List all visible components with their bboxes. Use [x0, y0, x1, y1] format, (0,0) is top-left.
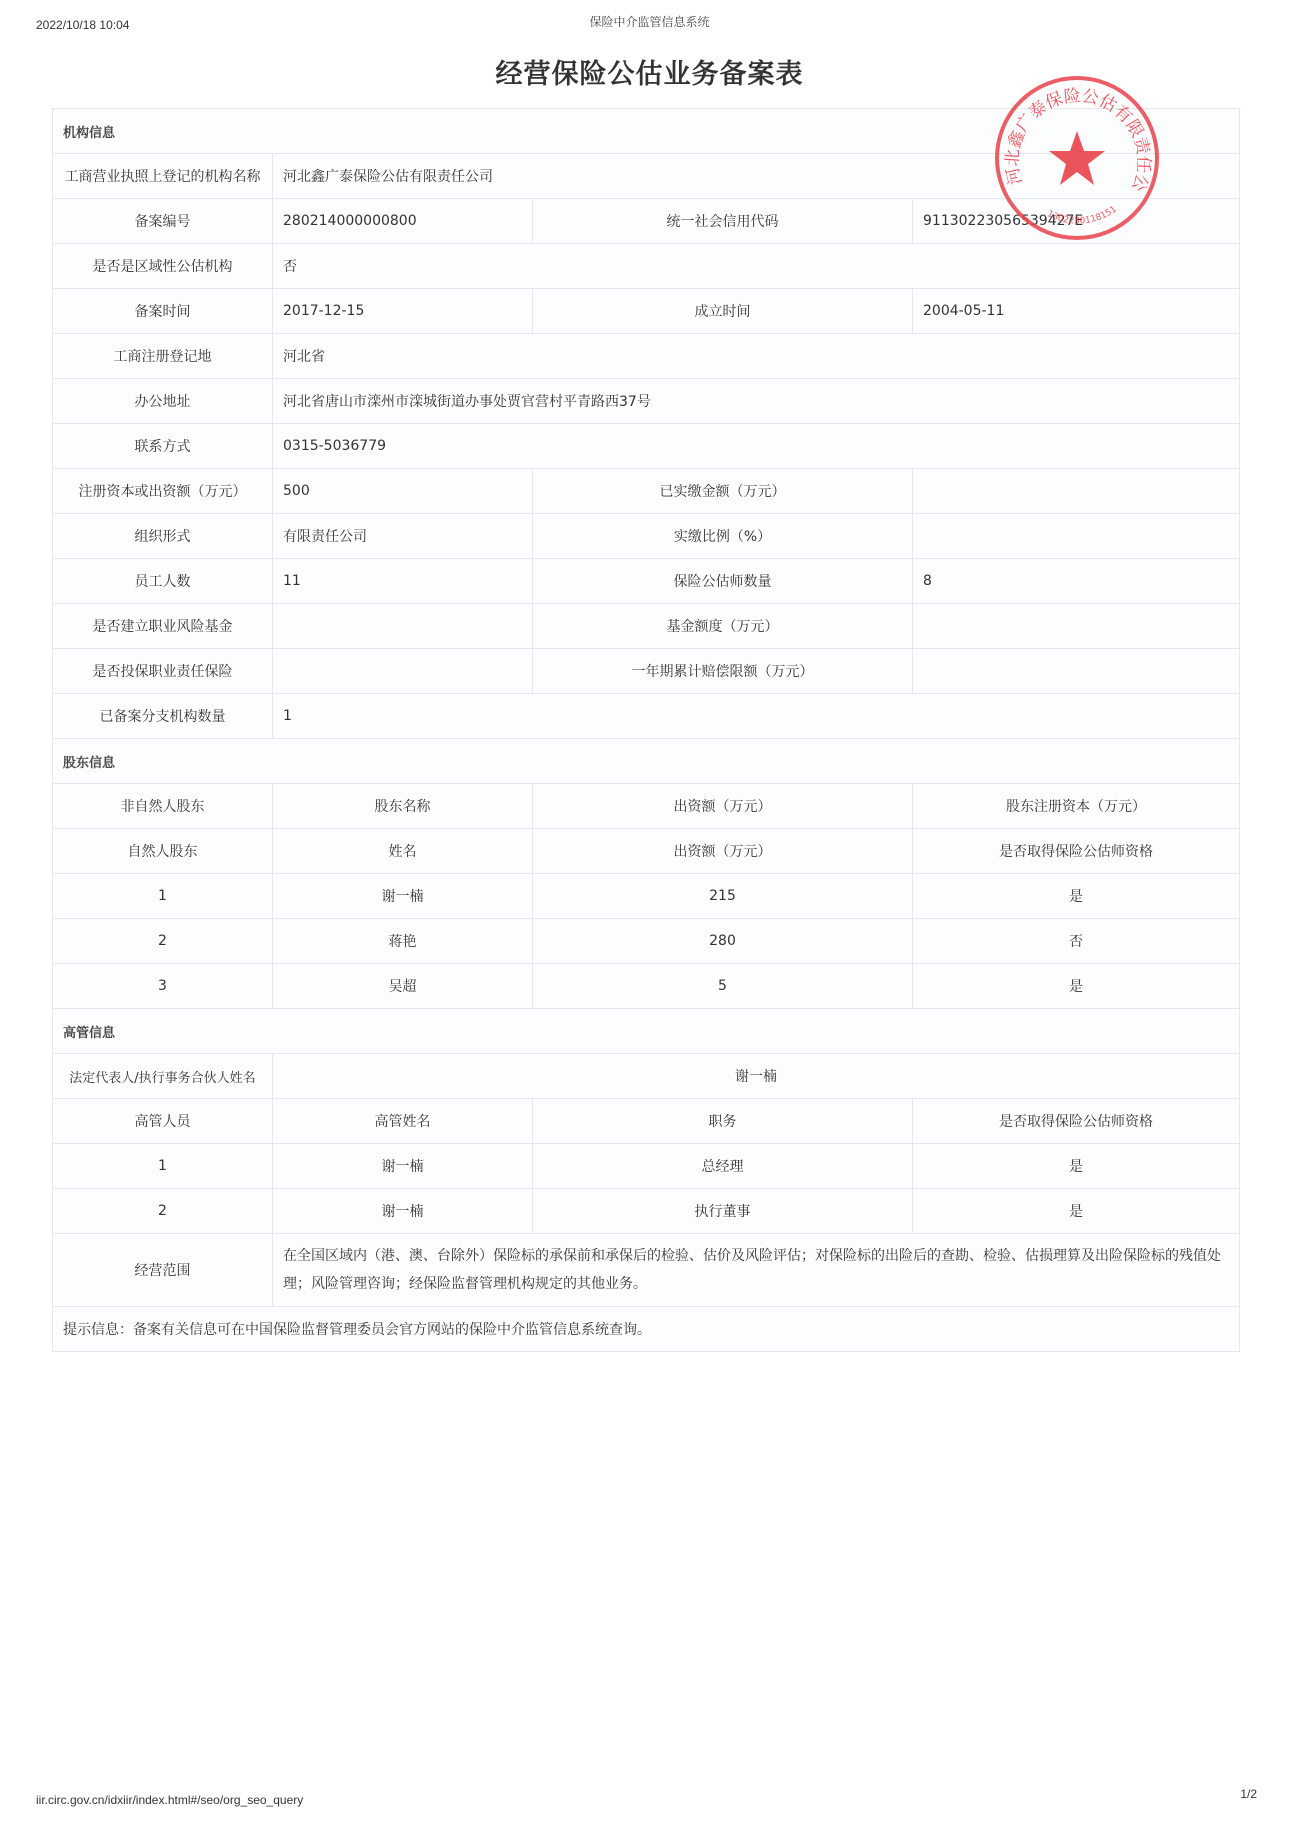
column-header: 高管姓名: [272, 1099, 532, 1143]
column-header: 职务: [532, 1099, 912, 1143]
contact-phone: 0315-5036779: [272, 424, 1239, 468]
shareholder-name: 谢一楠: [272, 874, 532, 918]
record-table: 机构信息 工商营业执照上登记的机构名称 河北鑫广泰保险公估有限责任公司 备案编号…: [52, 108, 1240, 1352]
table-row: 已备案分支机构数量 1: [53, 693, 1239, 738]
org-form: 有限责任公司: [272, 514, 532, 558]
table-row: 是否建立职业风险基金 基金额度（万元）: [53, 603, 1239, 648]
table-row: 办公地址 河北省唐山市滦州市滦城街道办事处贾官营村平青路西37号: [53, 378, 1239, 423]
column-header: 股东名称: [272, 784, 532, 828]
founded-date: 2004-05-11: [912, 289, 1239, 333]
row-index: 3: [53, 964, 272, 1008]
paid-ratio: [912, 514, 1239, 558]
table-row: 2 蒋艳 280 否: [53, 918, 1239, 963]
table-row: 注册资本或出资额（万元） 500 已实缴金额（万元）: [53, 468, 1239, 513]
section-executives: 高管信息: [53, 1008, 1239, 1053]
business-scope: 在全国区域内（港、澳、台除外）保险标的承保前和承保后的检验、估价及风险评估；对保…: [272, 1234, 1239, 1306]
table-row: 工商注册登记地 河北省: [53, 333, 1239, 378]
table-row: 2 谢一楠 执行董事 是: [53, 1188, 1239, 1233]
field-label: 备案时间: [53, 289, 272, 333]
field-label: 办公地址: [53, 379, 272, 423]
row-index: 2: [53, 919, 272, 963]
field-label: 是否投保职业责任保险: [53, 649, 272, 693]
table-row: 1 谢一楠 总经理 是: [53, 1143, 1239, 1188]
risk-fund: [272, 604, 532, 648]
record-date: 2017-12-15: [272, 289, 532, 333]
column-header: 姓名: [272, 829, 532, 873]
svg-text:河北鑫广泰保险公估有限责任公司: 河北鑫广泰保险公估有限责任公司: [992, 73, 1153, 194]
legal-representative: 谢一楠: [272, 1054, 1239, 1098]
company-seal-icon: 河北鑫广泰保险公估有限责任公司 1302230118151: [992, 73, 1162, 243]
contribution: 5: [532, 964, 912, 1008]
table-row: 1 谢一楠 215 是: [53, 873, 1239, 918]
field-label: 联系方式: [53, 424, 272, 468]
section-title: 机构信息: [53, 109, 115, 153]
field-label: 备案编号: [53, 199, 272, 243]
shareholder-name: 吴超: [272, 964, 532, 1008]
qualified: 是: [912, 1189, 1239, 1233]
reg-place: 河北省: [272, 334, 1239, 378]
table-row: 联系方式 0315-5036779: [53, 423, 1239, 468]
svg-text:1302230118151: 1302230118151: [1045, 205, 1118, 227]
field-label: 是否是区域性公估机构: [53, 244, 272, 288]
table-row: 法定代表人/执行事务合伙人姓名 谢一楠: [53, 1053, 1239, 1098]
table-row: 是否投保职业责任保险 一年期累计赔偿限额（万元）: [53, 648, 1239, 693]
executive-position: 执行董事: [532, 1189, 912, 1233]
contribution: 215: [532, 874, 912, 918]
qualified: 是: [912, 1144, 1239, 1188]
table-row: 备案时间 2017-12-15 成立时间 2004-05-11: [53, 288, 1239, 333]
executive-name: 谢一楠: [272, 1144, 532, 1188]
section-shareholders: 股东信息: [53, 738, 1239, 783]
field-label: 法定代表人/执行事务合伙人姓名: [53, 1054, 272, 1098]
executive-position: 总经理: [532, 1144, 912, 1188]
column-header: 出资额（万元）: [532, 784, 912, 828]
field-label: 经营范围: [53, 1234, 272, 1306]
executive-name: 谢一楠: [272, 1189, 532, 1233]
table-row: 3 吴超 5 是: [53, 963, 1239, 1008]
branch-count: 1: [272, 694, 1239, 738]
hint-row: 提示信息：备案有关信息可在中国保险监督管理委员会官方网站的保险中介监管信息系统查…: [53, 1306, 1239, 1351]
table-header-row: 非自然人股东 股东名称 出资额（万元） 股东注册资本（万元）: [53, 783, 1239, 828]
column-header: 是否取得保险公估师资格: [912, 1099, 1239, 1143]
column-header: 自然人股东: [53, 829, 272, 873]
hint-text: 提示信息：备案有关信息可在中国保险监督管理委员会官方网站的保险中介监管信息系统查…: [53, 1307, 651, 1351]
footer-url: iir.circ.gov.cn/idxiir/index.html#/seo/o…: [36, 1793, 303, 1807]
field-label: 组织形式: [53, 514, 272, 558]
section-title: 高管信息: [53, 1009, 115, 1053]
column-header: 出资额（万元）: [532, 829, 912, 873]
qualified: 是: [912, 964, 1239, 1008]
record-number: 280214000000800: [272, 199, 532, 243]
seal-text: 河北鑫广泰保险公估有限责任公司: [992, 73, 1153, 194]
annual-limit: [912, 649, 1239, 693]
assessor-count: 8: [912, 559, 1239, 603]
table-header-row: 高管人员 高管姓名 职务 是否取得保险公估师资格: [53, 1098, 1239, 1143]
field-label: 一年期累计赔偿限额（万元）: [532, 649, 912, 693]
field-label: 已实缴金额（万元）: [532, 469, 912, 513]
field-label: 成立时间: [532, 289, 912, 333]
field-label: 工商营业执照上登记的机构名称: [53, 154, 272, 198]
paid-amount: [912, 469, 1239, 513]
seal-code: 1302230118151: [1045, 205, 1118, 227]
table-header-row: 自然人股东 姓名 出资额（万元） 是否取得保险公估师资格: [53, 828, 1239, 873]
liability-insurance: [272, 649, 532, 693]
row-index: 1: [53, 874, 272, 918]
table-row: 是否是区域性公估机构 否: [53, 243, 1239, 288]
section-title: 股东信息: [53, 739, 115, 783]
qualified: 是: [912, 874, 1239, 918]
row-index: 1: [53, 1144, 272, 1188]
qualified: 否: [912, 919, 1239, 963]
column-header: 股东注册资本（万元）: [912, 784, 1239, 828]
field-label: 是否建立职业风险基金: [53, 604, 272, 648]
field-label: 工商注册登记地: [53, 334, 272, 378]
row-index: 2: [53, 1189, 272, 1233]
shareholder-name: 蒋艳: [272, 919, 532, 963]
column-header: 高管人员: [53, 1099, 272, 1143]
table-row: 经营范围 在全国区域内（港、澳、台除外）保险标的承保前和承保后的检验、估价及风险…: [53, 1233, 1239, 1306]
office-address: 河北省唐山市滦州市滦城街道办事处贾官营村平青路西37号: [272, 379, 1239, 423]
field-label: 注册资本或出资额（万元）: [53, 469, 272, 513]
fund-amount: [912, 604, 1239, 648]
regional-value: 否: [272, 244, 1239, 288]
field-label: 员工人数: [53, 559, 272, 603]
field-label: 统一社会信用代码: [532, 199, 912, 243]
column-header: 非自然人股东: [53, 784, 272, 828]
staff-count: 11: [272, 559, 532, 603]
table-row: 员工人数 11 保险公估师数量 8: [53, 558, 1239, 603]
registered-capital: 500: [272, 469, 532, 513]
system-name: 保险中介监管信息系统: [0, 13, 1299, 30]
page-number: 1/2: [1240, 1787, 1257, 1801]
field-label: 基金额度（万元）: [532, 604, 912, 648]
column-header: 是否取得保险公估师资格: [912, 829, 1239, 873]
table-row: 组织形式 有限责任公司 实缴比例（%）: [53, 513, 1239, 558]
field-label: 已备案分支机构数量: [53, 694, 272, 738]
field-label: 实缴比例（%）: [532, 514, 912, 558]
field-label: 保险公估师数量: [532, 559, 912, 603]
contribution: 280: [532, 919, 912, 963]
